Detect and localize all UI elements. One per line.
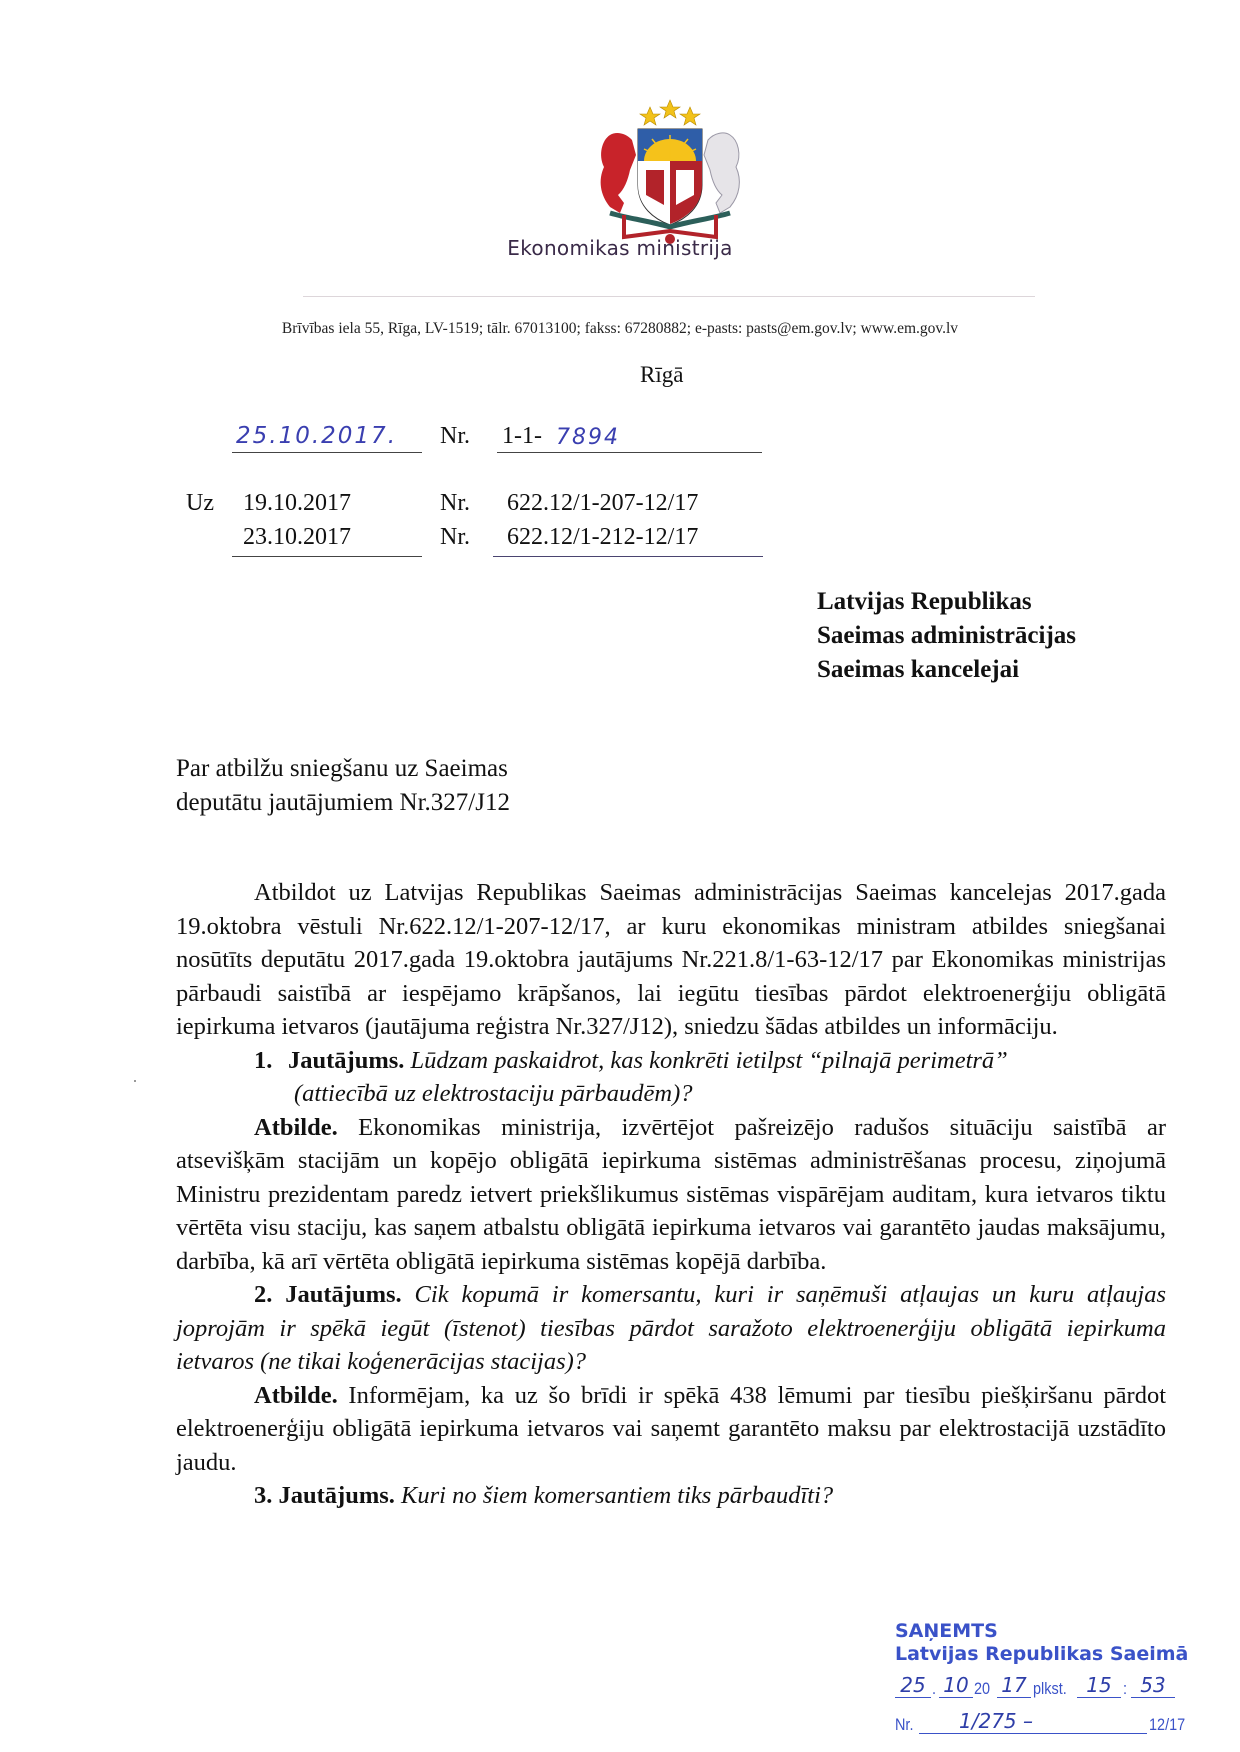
outgoing-nr-prefix: 1-1- xyxy=(502,423,542,450)
stamp-nr-label: Nr. xyxy=(895,1715,913,1735)
ministry-address: Brīvības iela 55, Rīga, LV-1519; tālr. 6… xyxy=(0,320,1240,338)
answer-label: Atbilde. xyxy=(254,1382,338,1409)
recipient-line: Saeimas kancelejai xyxy=(817,653,1076,687)
question-text: Lūdzam paskaidrot, kas konkrēti ietilpst… xyxy=(411,1047,1008,1074)
outgoing-nr-label: Nr. xyxy=(440,423,470,450)
question-label: Jautājums. xyxy=(285,1281,401,1308)
question-number: 3. xyxy=(254,1482,272,1509)
outgoing-date-underline xyxy=(232,452,422,453)
question-1: 1.Jautājums. Lūdzam paskaidrot, kas konk… xyxy=(176,1044,1166,1078)
stamp-nr-handwritten: 1/275 – xyxy=(919,1709,1147,1734)
subject-block: Par atbilžu sniegšanu uz Saeimas deputāt… xyxy=(176,752,510,820)
question-number: 2. xyxy=(254,1281,272,1308)
incoming-nr-label-1: Nr. xyxy=(440,490,470,517)
incoming-nr-underline xyxy=(493,556,763,557)
recipient-block: Latvijas Republikas Saeimas administrāci… xyxy=(817,585,1076,687)
incoming-date-2: 23.10.2017 xyxy=(243,524,351,551)
outgoing-nr-handwritten: 7894 xyxy=(556,425,620,450)
uz-label: Uz xyxy=(186,490,214,517)
incoming-nr-label-2: Nr. xyxy=(440,524,470,551)
answer-label: Atbilde. xyxy=(254,1114,338,1141)
question-2: 2. Jautājums. Cik kopumā ir komersantu, … xyxy=(176,1278,1166,1379)
stamp-colon: : xyxy=(1123,1679,1127,1699)
stamp-title: SAŅEMTS xyxy=(895,1620,1215,1643)
stamp-month: 10 xyxy=(939,1673,973,1698)
stamp-nr-row: Nr. 1/275 – 12/17 xyxy=(895,1706,1215,1738)
letterhead-divider xyxy=(303,296,1035,297)
question-number: 1. xyxy=(254,1044,288,1078)
question-label: Jautājums. xyxy=(279,1482,395,1509)
stamp-date-row: 25 . 10 20 17 plkst. 15 : 53 xyxy=(895,1670,1215,1702)
received-stamp: SAŅEMTS Latvijas Republikas Saeimā 25 . … xyxy=(895,1620,1215,1738)
letter-body: Atbildot uz Latvijas Republikas Saeimas … xyxy=(176,876,1166,1513)
question-text: Kuri no šiem komersantiem tiks pārbaudīt… xyxy=(401,1482,833,1509)
latvia-coat-of-arms-icon xyxy=(580,95,760,250)
stamp-year-prefix: 20 xyxy=(974,1679,990,1699)
stamp-minute: 53 xyxy=(1131,1673,1175,1698)
incoming-nr-1: 622.12/1-207-12/17 xyxy=(507,490,698,517)
subject-line: Par atbilžu sniegšanu uz Saeimas xyxy=(176,752,510,786)
stamp-time-label: plkst. xyxy=(1033,1679,1067,1699)
city: Rīgā xyxy=(640,362,683,388)
recipient-line: Saeimas administrācijas xyxy=(817,619,1076,653)
intro-paragraph: Atbildot uz Latvijas Republikas Saeimas … xyxy=(176,876,1166,1044)
answer-2: Atbilde. Informējam, ka uz šo brīdi ir s… xyxy=(176,1379,1166,1480)
ministry-name: Ekonomikas ministrija xyxy=(0,236,1240,260)
recipient-line: Latvijas Republikas xyxy=(817,585,1076,619)
question-3: 3. Jautājums. Kuri no šiem komersantiem … xyxy=(176,1479,1166,1513)
question-1-continuation: (attiecībā uz elektrostaciju pārbaudēm)? xyxy=(176,1077,1166,1111)
incoming-date-underline xyxy=(232,556,422,557)
stamp-institution: Latvijas Republikas Saeimā xyxy=(895,1643,1215,1666)
question-label: Jautājums. xyxy=(288,1047,404,1074)
stamp-separator: . xyxy=(932,1679,936,1699)
answer-1: Atbilde. Ekonomikas ministrija, izvērtēj… xyxy=(176,1111,1166,1279)
stamp-year-suffix: 17 xyxy=(997,1673,1031,1698)
stamp-nr-suffix: 12/17 xyxy=(1149,1715,1185,1735)
outgoing-date: 25.10.2017. xyxy=(236,423,397,449)
scan-artifact xyxy=(134,1080,136,1082)
stamp-hour: 15 xyxy=(1077,1673,1121,1698)
incoming-date-1: 19.10.2017 xyxy=(243,490,351,517)
outgoing-nr-underline xyxy=(497,452,762,453)
stamp-day: 25 xyxy=(895,1673,931,1698)
incoming-nr-2: 622.12/1-212-12/17 xyxy=(507,524,698,551)
subject-line: deputātu jautājumiem Nr.327/J12 xyxy=(176,786,510,820)
